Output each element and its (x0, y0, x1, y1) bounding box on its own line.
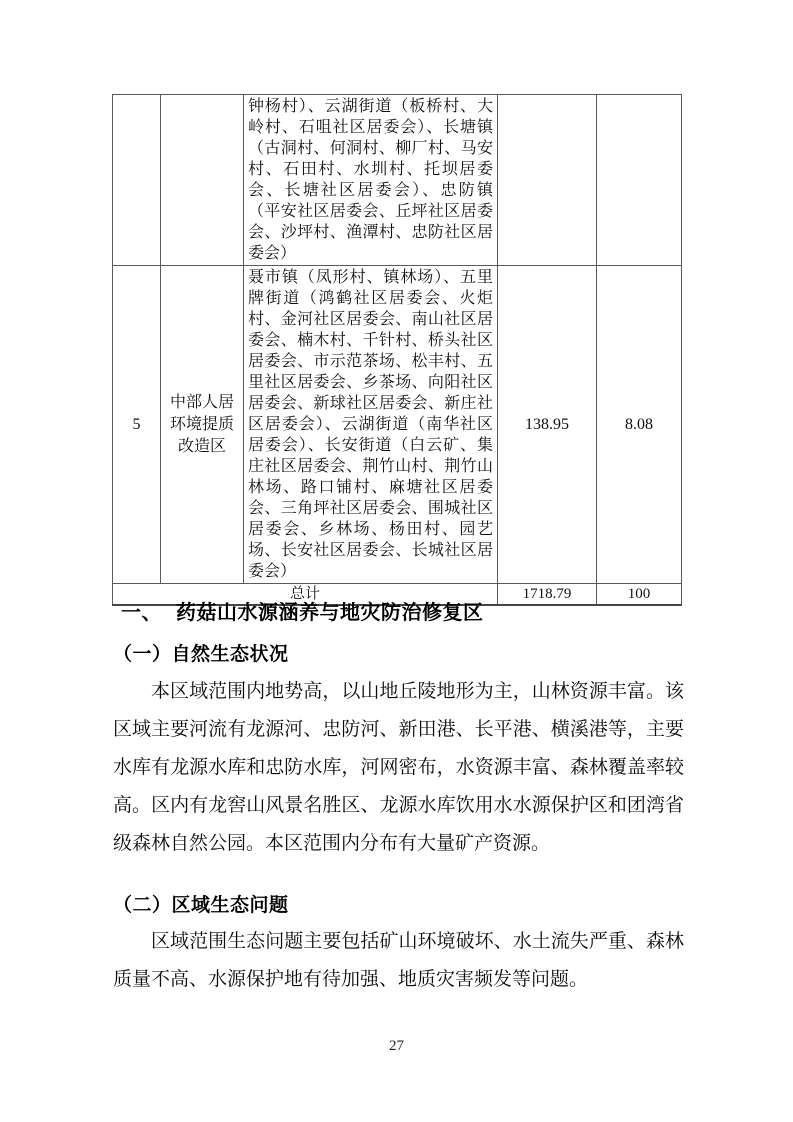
document-page: 钟杨村）、云湖街道（板桥村、大岭村、石咀社区居委会）、长塘镇（古洞村、何洞村、柳… (0, 0, 793, 1122)
table-row-zone5: 5 中部人居环境提质改造区 聂市镇（凤形村、镇林场）、五里牌街道（鸿鹤社区居委会… (113, 266, 682, 584)
table-row-continuation: 钟杨村）、云湖街道（板桥村、大岭村、石咀社区居委会）、长塘镇（古洞村、何洞村、柳… (113, 95, 682, 266)
subsection-heading-1: （一）自然生态状况 (113, 642, 684, 668)
page-number: 27 (0, 1038, 793, 1055)
section-heading: 一、药菇山水源涵养与地灾防治修复区 (113, 600, 684, 627)
zone-name-cell-empty (161, 95, 244, 266)
zone-description-cell: 钟杨村）、云湖街道（板桥村、大岭村、石咀社区居委会）、长塘镇（古洞村、何洞村、柳… (244, 95, 498, 266)
section-number: 一、 (121, 602, 162, 624)
zone-name-cell: 中部人居环境提质改造区 (161, 266, 244, 584)
zone-number-cell-empty (113, 95, 161, 266)
document-body: 一、药菇山水源涵养与地灾防治修复区 （一）自然生态状况 本区域范围内地势高，以山… (113, 556, 684, 999)
body-paragraph-2: 区域范围生态问题主要包括矿山环境破坏、水土流失严重、森林质量不高、水源保护地有待… (113, 923, 684, 999)
zone-table: 钟杨村）、云湖街道（板桥村、大岭村、石咀社区居委会）、长塘镇（古洞村、何洞村、柳… (112, 94, 682, 606)
zone-percent-cell-empty (597, 95, 682, 266)
subsection-heading-2: （二）区域生态问题 (113, 893, 684, 919)
zone-area-cell-empty (498, 95, 597, 266)
body-paragraph-1: 本区域范围内地势高，以山地丘陵地形为主，山林资源丰富。该区域主要河流有龙源河、忠… (113, 673, 684, 863)
zone-area-cell: 138.95 (498, 266, 597, 584)
section-title: 药菇山水源涵养与地灾防治修复区 (176, 602, 484, 624)
zone-description-cell: 聂市镇（凤形村、镇林场）、五里牌街道（鸿鹤社区居委会、火炬村、金河社区居委会、南… (244, 266, 498, 584)
zone-percent-cell: 8.08 (597, 266, 682, 584)
zone-number-cell: 5 (113, 266, 161, 584)
